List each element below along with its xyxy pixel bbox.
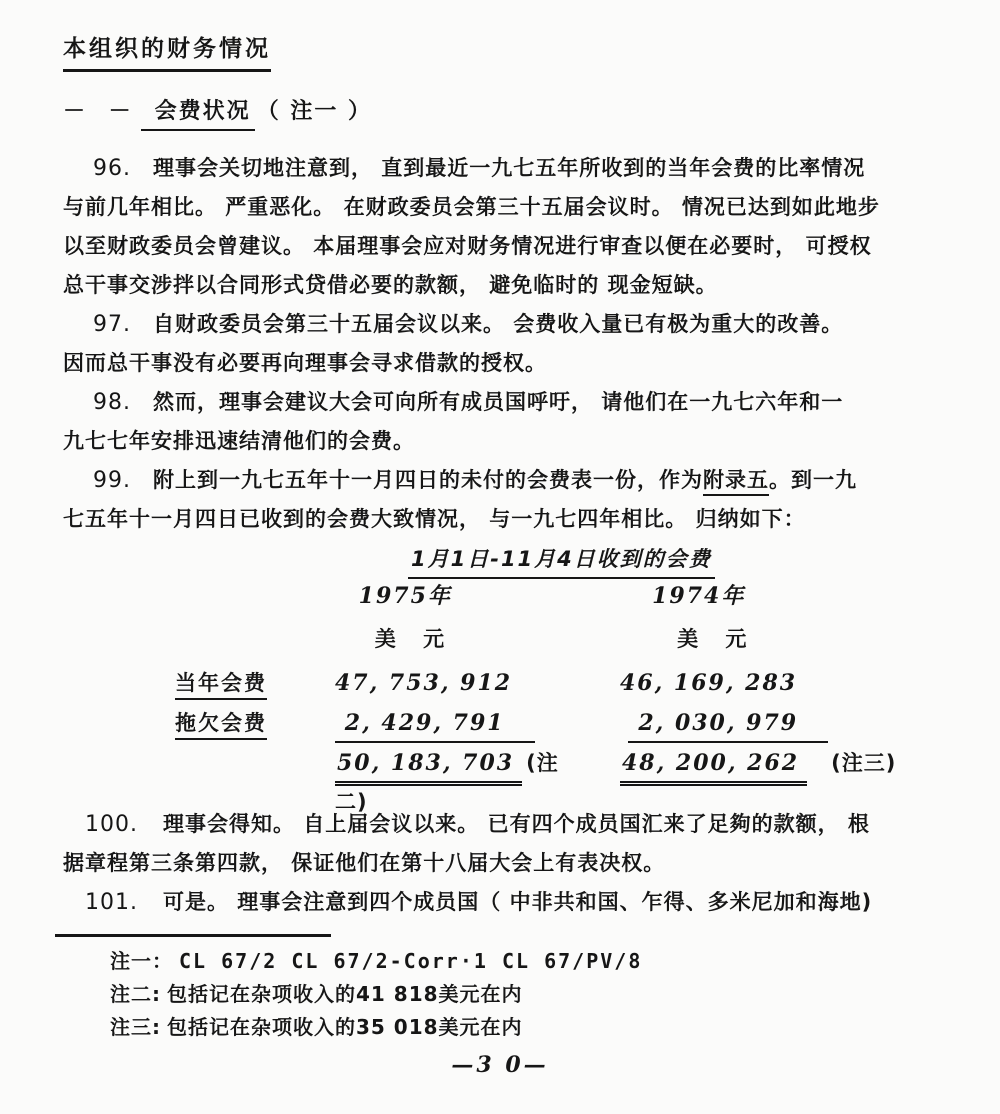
subtitle-dashes: － － (63, 99, 139, 124)
arrears-1975-value: 2, 429, 791 (333, 710, 592, 743)
paragraph-99-line: 七五年十一月四日已收到的会费大致情况， 与一九七四年相比。 归纳如下： (63, 500, 944, 539)
paragraph-text: 然而，理事会建议大会可向所有成员国呼吁， 请他们在一九七六年和一 (153, 390, 843, 414)
document-title: 本组织的财务情况 (63, 30, 271, 72)
paragraph-number: 99. (93, 461, 153, 500)
paragraph-98-line: 98.然而，理事会建议大会可向所有成员国呼吁， 请他们在一九七六年和一 (63, 383, 944, 422)
table-row-arrears: 拖欠会费 2, 429, 791 2, 030, 979 (175, 707, 944, 747)
document-page: 本组织的财务情况 － －会费状况（ 注一 ） 96.理事会关切地注意到， 直到最… (0, 0, 1000, 1044)
table-currency-header-row: 美 元 美 元 (175, 623, 944, 667)
footnote-label: 注二: (110, 982, 161, 1006)
total-1975-value: 50, 183, 703 (335, 750, 522, 786)
footnote-text: 包括记在杂项收入的35 018美元在内 (167, 1015, 523, 1039)
document-title-row: 本组织的财务情况 (63, 30, 944, 72)
row-label: 拖欠会费 (175, 707, 333, 737)
footnote-lines: 注一：CL 67/2 CL 67/2-Corr·1 CL 67/PV/8 注二:… (110, 945, 944, 1044)
paragraph-text: 。到一九 (769, 468, 857, 492)
total-1974-value: 48, 200, 262 (620, 750, 807, 786)
column-header-1974: 1974年 (629, 579, 944, 610)
table-year-header-row: 1975年 1974年 (175, 579, 944, 623)
paragraph-number: 96. (93, 149, 153, 188)
paragraph-number: 100. (85, 805, 163, 844)
footnote-text: CL 67/2 CL 67/2-Corr·1 CL 67/PV/8 (179, 949, 642, 973)
page-number: —3 0— (0, 1052, 1000, 1078)
total-1974-cell: 48, 200, 262(注三) (620, 747, 930, 786)
paragraph-number: 97. (93, 305, 153, 344)
table-row-current-year: 当年会费 47, 753, 912 46, 169, 283 (175, 667, 944, 707)
footnote-label: 注三: (110, 1015, 161, 1039)
current-year-1974-value: 46, 169, 283 (620, 670, 930, 696)
paragraph-text: 理事会得知。 自上届会议以来。 已有四个成员国汇来了足夠的款额， 根 (163, 812, 870, 836)
footnotes-section: 注一：CL 67/2 CL 67/2-Corr·1 CL 67/PV/8 注二:… (63, 934, 944, 1044)
row-label: 当年会费 (175, 667, 335, 697)
paragraph-number: 98. (93, 383, 153, 422)
footnote-label: 注一： (110, 949, 173, 973)
current-year-1975-value: 47, 753, 912 (335, 670, 585, 696)
footnote-three: 注三:包括记在杂项收入的35 018美元在内 (110, 1011, 944, 1044)
subtitle-note-ref: （ 注一 ） (257, 99, 372, 124)
paragraph-number: 101. (85, 883, 163, 922)
table-title-row: 1月1日-11月4日收到的会费 (175, 543, 944, 579)
document-body: 96.理事会关切地注意到， 直到最近一九七五年所收到的当年会费的比率情况 与前几… (63, 149, 944, 1044)
paragraph-98-line: 九七七年安排迅速结清他们的会费。 (63, 422, 944, 461)
column-header-1975: 1975年 (326, 579, 594, 610)
paragraph-100-line: 据章程第三条第四款， 保证他们在第十八届大会上有表决权。 (63, 844, 944, 883)
paragraph-text: 自财政委员会第三十五届会议以来。 会费收入量已有极为重大的改善。 (153, 312, 843, 336)
section-subtitle: － －会费状况（ 注一 ） (63, 94, 944, 125)
paragraph-96-line: 以至财政委员会曾建议。 本届理事会应对财务情况进行审查以便在必要时， 可授权 (63, 227, 944, 266)
contributions-table: 1月1日-11月4日收到的会费 1975年 1974年 美 元 美 元 当年会费… (175, 543, 944, 791)
paragraph-text: 理事会关切地注意到， 直到最近一九七五年所收到的当年会费的比率情况 (153, 156, 865, 180)
table-row-totals: 50, 183, 703(注二) 48, 200, 262(注三) (175, 747, 944, 791)
arrears-1974-value: 2, 030, 979 (626, 710, 944, 743)
paragraph-99-line: 99.附上到一九七五年十一月四日的未付的会费表一份，作为附录五。到一九 (63, 461, 944, 500)
footnote-two: 注二:包括记在杂项收入的41 818美元在内 (110, 978, 944, 1011)
annex-five-reference: 附录五 (703, 468, 769, 496)
paragraph-text: 可是。 理事会注意到四个成员国（ 中非共和国、乍得、多米尼加和海地) (163, 890, 872, 914)
subtitle-underlined-text: 会费状况 (141, 99, 255, 131)
paragraph-101-line: 101.可是。 理事会注意到四个成员国（ 中非共和国、乍得、多米尼加和海地) (63, 883, 944, 922)
paragraph-text: 附上到一九七五年十一月四日的未付的会费表一份，作为 (153, 468, 703, 492)
paragraph-96-line: 与前几年相比。 严重恶化。 在财政委员会第三十五届会议时。 情况已达到如此地步 (63, 188, 944, 227)
currency-header-1974: 美 元 (625, 623, 944, 653)
footnote-one: 注一：CL 67/2 CL 67/2-Corr·1 CL 67/PV/8 (110, 945, 944, 978)
paragraph-97-line: 因而总干事没有必要再向理事会寻求借款的授权。 (63, 344, 944, 383)
table-title: 1月1日-11月4日收到的会费 (408, 543, 715, 579)
footnote-divider-rule (55, 934, 331, 937)
footnote-text: 包括记在杂项收入的41 818美元在内 (167, 982, 523, 1006)
note-three-reference: (注三) (831, 751, 896, 775)
currency-header-1975: 美 元 (313, 623, 590, 653)
paragraph-100-line: 100.理事会得知。 自上届会议以来。 已有四个成员国汇来了足夠的款额， 根 (63, 805, 944, 844)
paragraph-96-line: 96.理事会关切地注意到， 直到最近一九七五年所收到的当年会费的比率情况 (63, 149, 944, 188)
paragraph-96-line: 总干事交涉拌以合同形式贷借必要的款额， 避免临时的 现金短缺。 (63, 266, 944, 305)
paragraph-97-line: 97.自财政委员会第三十五届会议以来。 会费收入量已有极为重大的改善。 (63, 305, 944, 344)
